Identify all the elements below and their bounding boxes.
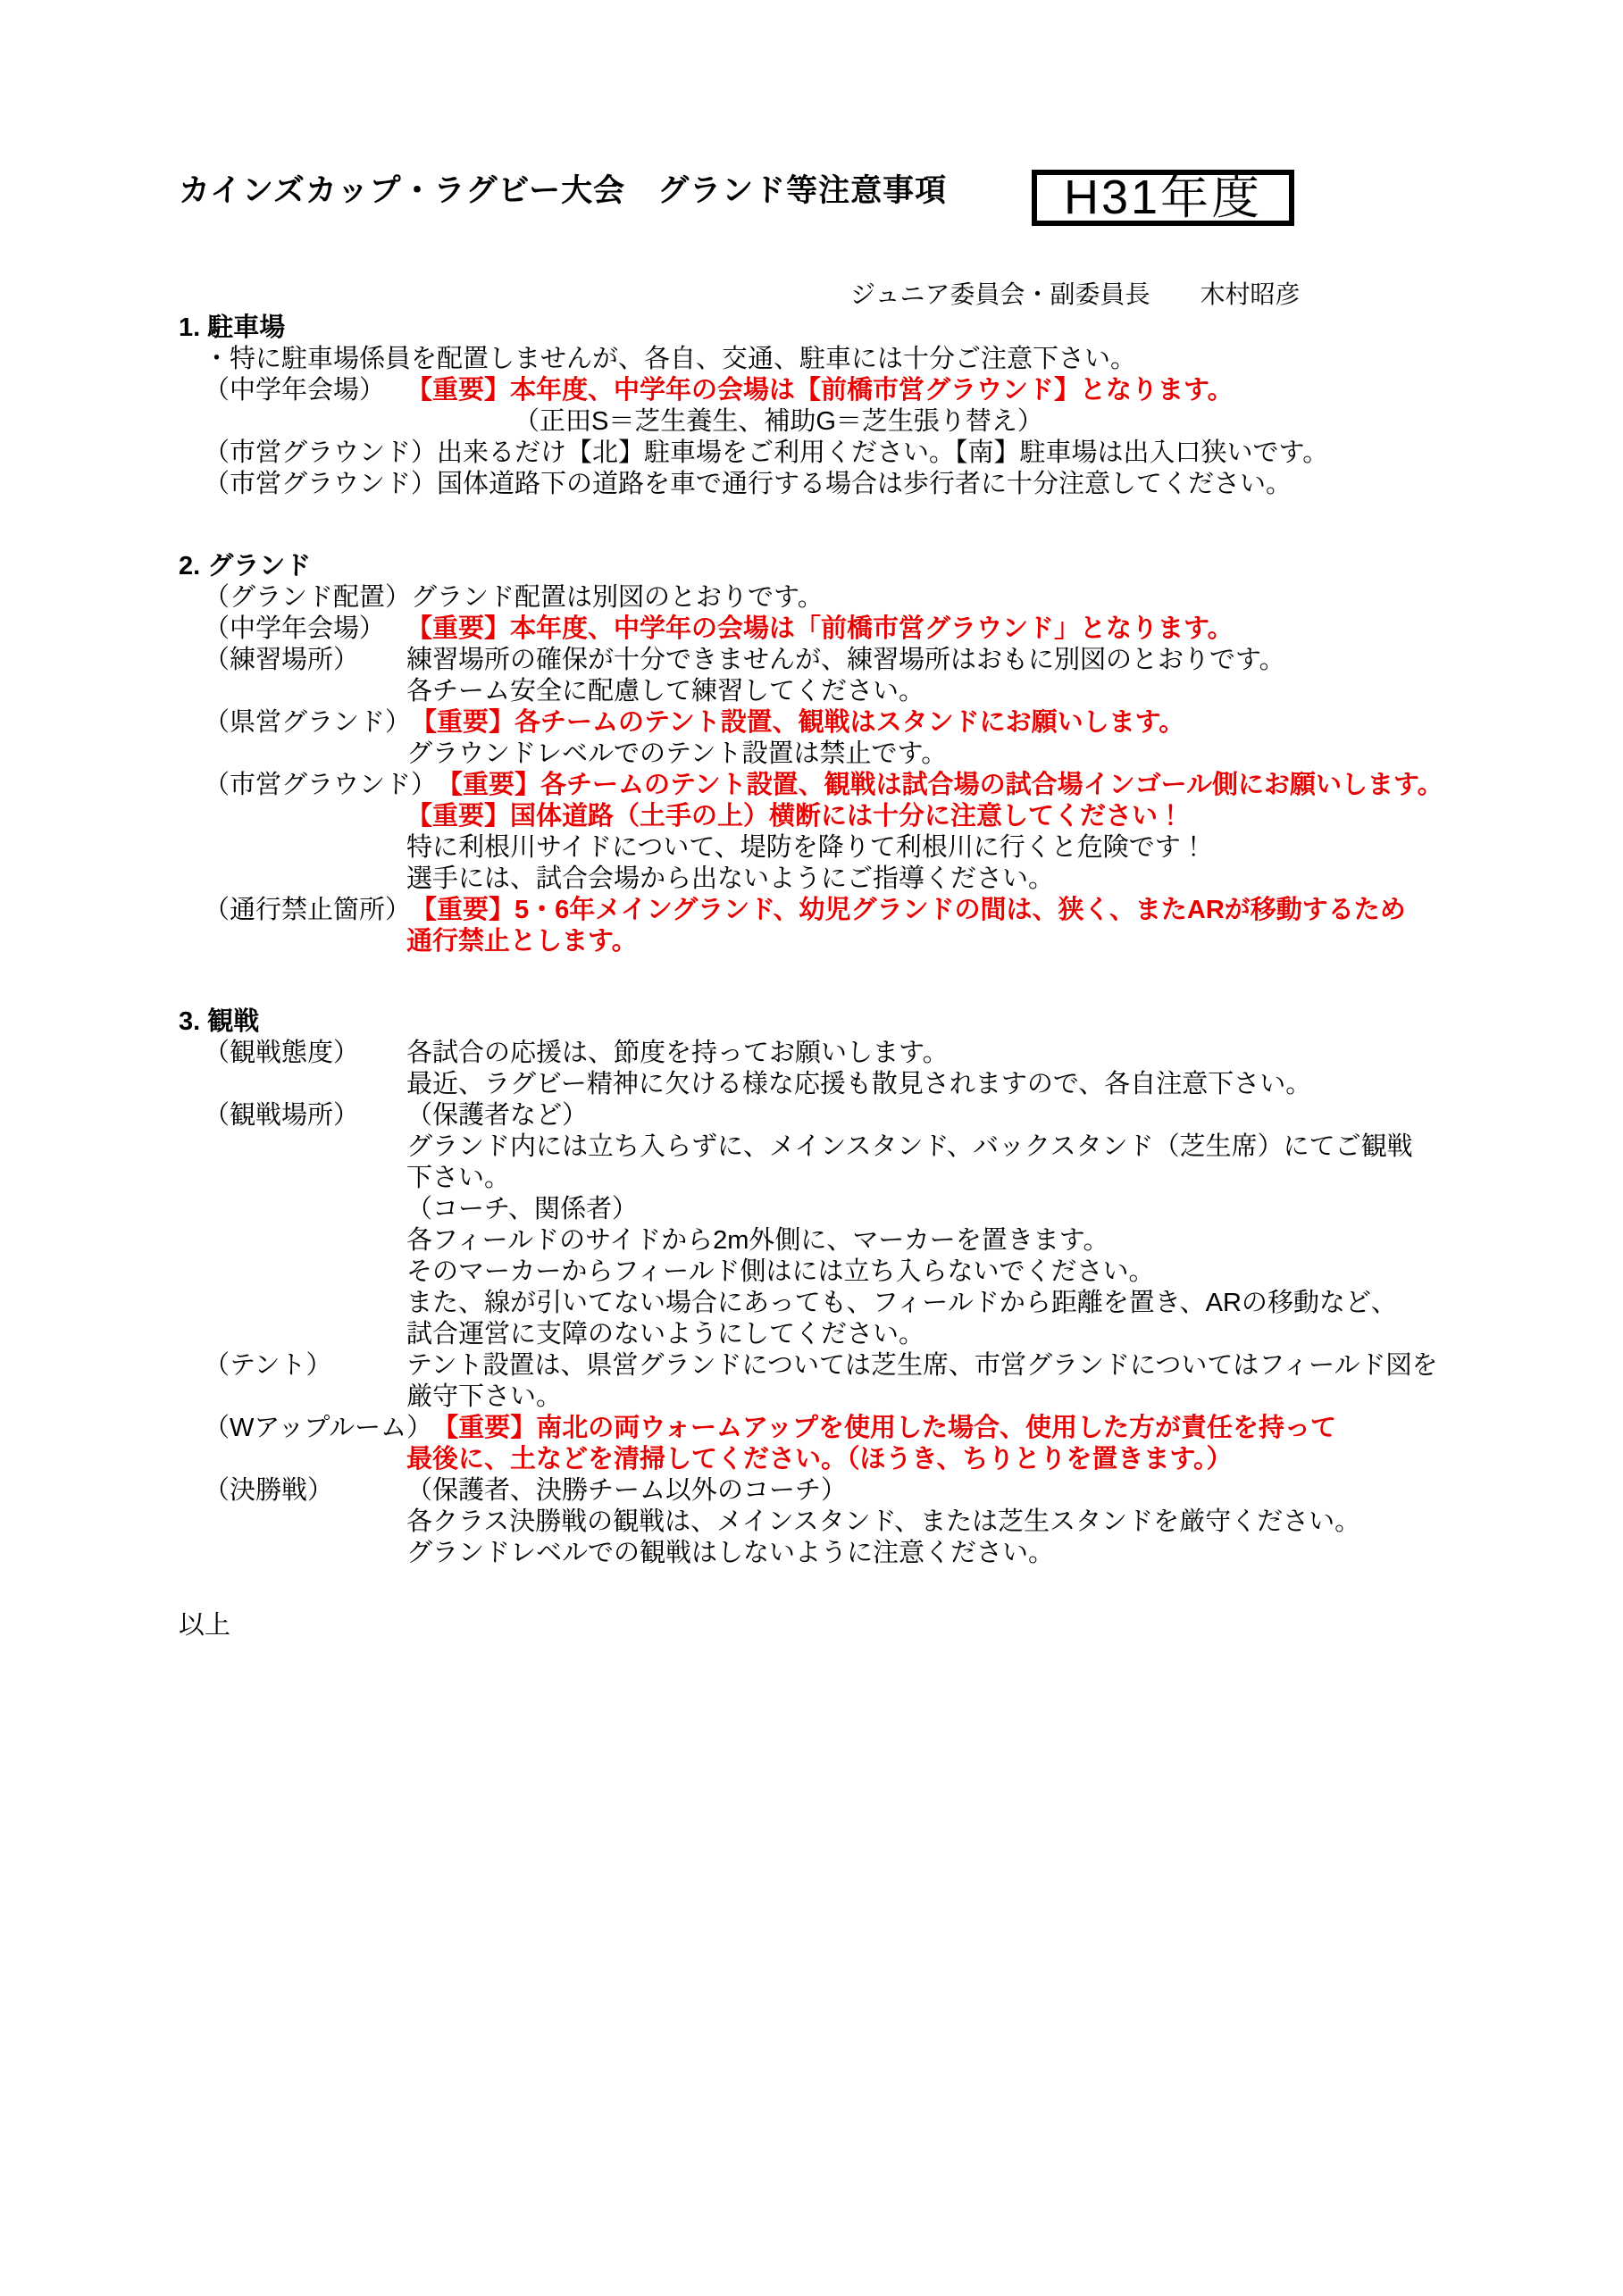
row: （Wアップルーム） 【重要】南北の両ウォームアップを使用した場合、使用した方が責…	[204, 1413, 1572, 1444]
section-parking: 1. 駐車場 ・特に駐車場係員を配置しませんが、各自、交通、駐車には十分ご注意下…	[179, 313, 1572, 500]
row-label: （市営グラウンド）	[204, 438, 437, 469]
row-label	[204, 1507, 406, 1538]
row-label	[204, 1382, 406, 1413]
row-label: （グランド配置）	[204, 582, 411, 614]
row-label: （市営グラウンド）	[204, 469, 437, 500]
row-text: 選手には、試合会場から出ないようにご指導ください。	[406, 864, 1054, 895]
row-label: （中学年会場）	[204, 614, 406, 645]
row-text: 出来るだけ【北】駐車場をご利用ください。【南】駐車場は出入口狭いです。	[437, 438, 1328, 469]
row-text: 厳守下さい。	[406, 1382, 562, 1413]
row-label	[204, 926, 406, 957]
row: （県営グランド） 【重要】各チームのテント設置、観戦はスタンドにお願いします。	[204, 707, 1572, 739]
row-label	[204, 832, 406, 864]
row: 選手には、試合会場から出ないようにご指導ください。	[204, 864, 1572, 895]
row-label: （市営グラウンド）	[204, 770, 437, 801]
row: そのマーカーからフィールド側はには立ち入らないでください。	[204, 1257, 1572, 1288]
row-label: （決勝戦）	[204, 1475, 406, 1507]
document-body: 1. 駐車場 ・特に駐車場係員を配置しませんが、各自、交通、駐車には十分ご注意下…	[179, 313, 1572, 1641]
row-text: ・特に駐車場係員を配置しませんが、各自、交通、駐車には十分ご注意下さい。	[204, 344, 1136, 375]
row: （決勝戦） （保護者、決勝チーム以外のコーチ）	[204, 1475, 1572, 1507]
row-label: （テント）	[204, 1350, 406, 1382]
row: 最後に、土などを清掃してください。（ほうき、ちりとりを置きます。）	[204, 1444, 1572, 1475]
row-text: （保護者、決勝チーム以外のコーチ）	[406, 1475, 847, 1507]
row-text: 国体道路下の道路を車で通行する場合は歩行者に十分注意してください。	[437, 469, 1292, 500]
row-text: （正田S＝芝生養生、補助G＝芝生張り替え）	[406, 406, 1043, 438]
row: 特に利根川サイドについて、堤防を降りて利根川に行くと危険です！	[204, 832, 1572, 864]
row: 通行禁止とします。	[204, 926, 1572, 957]
closing-text: 以上	[179, 1610, 1572, 1641]
row: （練習場所） 練習場所の確保が十分できませんが、練習場所はおもに別図のとおりです…	[204, 645, 1572, 676]
row-text: グラウンドレベルでのテント設置は禁止です。	[406, 739, 947, 770]
row-label	[204, 1538, 406, 1569]
row-label	[204, 676, 406, 707]
row-label	[204, 1257, 406, 1288]
row: 各チーム安全に配慮して練習してください。	[204, 676, 1572, 707]
row-label	[204, 406, 406, 438]
row-text: 練習場所の確保が十分できませんが、練習場所はおもに別図のとおりです。	[406, 645, 1285, 676]
row: （コーチ、関係者）	[204, 1194, 1572, 1225]
row: （観戦場所） （保護者など）	[204, 1100, 1572, 1131]
row-text: テント設置は、県営グランドについては芝生席、市営グランドについてはフィールド図を	[406, 1350, 1438, 1382]
row-text: 特に利根川サイドについて、堤防を降りて利根川に行くと危険です！	[406, 832, 1207, 864]
row: 厳守下さい。	[204, 1382, 1572, 1413]
row-label	[204, 1288, 406, 1319]
section-rows: （観戦態度） 各試合の応援は、節度を持ってお願いします。 最近、ラグビー精神に欠…	[204, 1038, 1572, 1569]
section-rows: ・特に駐車場係員を配置しませんが、各自、交通、駐車には十分ご注意下さい。 （中学…	[204, 344, 1572, 500]
row-text: 試合運営に支障のないようにしてください。	[406, 1319, 924, 1350]
row-text-important: 【重要】本年度、中学年の会場は【前橋市営グラウンド】となります。	[406, 375, 1234, 406]
byline: ジュニア委員会・副委員長 木村昭彦	[850, 279, 1300, 310]
section-heading: 2. グランド	[179, 551, 1572, 582]
row-label: （中学年会場）	[204, 375, 406, 406]
row-text: （コーチ、関係者）	[406, 1194, 638, 1225]
section-heading: 1. 駐車場	[179, 313, 1572, 344]
row: （市営グラウンド） 【重要】各チームのテント設置、観戦は試合場の試合場インゴール…	[204, 770, 1572, 801]
row-label	[204, 1444, 406, 1475]
row-text: そのマーカーからフィールド側はには立ち入らないでください。	[406, 1257, 1155, 1288]
row-text: 最近、ラグビー精神に欠ける様な応援も散見されますので、各自注意下さい。	[406, 1069, 1311, 1100]
row-label	[204, 1194, 406, 1225]
row-text-important: 【重要】各チームのテント設置、観戦は試合場の試合場インゴール側にお願いします。	[437, 770, 1443, 801]
row-text-important: 【重要】5・6年メイングランド、幼児グランドの間は、狭く、またARが移動するため	[411, 895, 1406, 926]
section-heading: 3. 観戦	[179, 1006, 1572, 1038]
row: 下さい。	[204, 1163, 1572, 1194]
row: （市営グラウンド） 国体道路下の道路を車で通行する場合は歩行者に十分注意してくだ…	[204, 469, 1572, 500]
year-badge: H31年度	[1032, 170, 1294, 226]
row: 各フィールドのサイドから2m外側に、マーカーを置きます。	[204, 1225, 1572, 1257]
row-text: 各試合の応援は、節度を持ってお願いします。	[406, 1038, 949, 1069]
row-label: （Wアップルーム）	[204, 1413, 432, 1444]
row-text: 各フィールドのサイドから2m外側に、マーカーを置きます。	[406, 1225, 1108, 1257]
row: また、線が引いてない場合にあっても、フィールドから距離を置き、ARの移動など、	[204, 1288, 1572, 1319]
row: ・特に駐車場係員を配置しませんが、各自、交通、駐車には十分ご注意下さい。	[204, 344, 1572, 375]
row-label: （観戦態度）	[204, 1038, 406, 1069]
row-label	[204, 1131, 406, 1163]
row: 試合運営に支障のないようにしてください。	[204, 1319, 1572, 1350]
row: 各クラス決勝戦の観戦は、メインスタンド、または芝生スタンドを厳守ください。	[204, 1507, 1572, 1538]
row-label	[204, 801, 406, 832]
row: グランドレベルでの観戦はしないように注意ください。	[204, 1538, 1572, 1569]
section-spectating: 3. 観戦 （観戦態度） 各試合の応援は、節度を持ってお願いします。 最近、ラグ…	[179, 1006, 1572, 1569]
row-text: グランド配置は別図のとおりです。	[411, 582, 824, 614]
row-label: （観戦場所）	[204, 1100, 406, 1131]
row-text: 各チーム安全に配慮して練習してください。	[406, 676, 924, 707]
row: 【重要】国体道路（土手の上）横断には十分に注意してください！	[204, 801, 1572, 832]
row: グラウンドレベルでのテント設置は禁止です。	[204, 739, 1572, 770]
page-title: カインズカップ・ラグビー大会 グランド等注意事項	[179, 175, 947, 206]
row: （中学年会場） 【重要】本年度、中学年の会場は「前橋市営グラウンド」となります。	[204, 614, 1572, 645]
row: 最近、ラグビー精神に欠ける様な応援も散見されますので、各自注意下さい。	[204, 1069, 1572, 1100]
row-text-important: 【重要】各チームのテント設置、観戦はスタンドにお願いします。	[411, 707, 1184, 739]
row-text: グランドレベルでの観戦はしないように注意ください。	[406, 1538, 1054, 1569]
row-text-important: 最後に、土などを清掃してください。（ほうき、ちりとりを置きます。）	[406, 1444, 1233, 1475]
row: （観戦態度） 各試合の応援は、節度を持ってお願いします。	[204, 1038, 1572, 1069]
row: （通行禁止箇所） 【重要】5・6年メイングランド、幼児グランドの間は、狭く、また…	[204, 895, 1572, 926]
row-label: （通行禁止箇所）	[204, 895, 411, 926]
row-label	[204, 864, 406, 895]
row-text: 各クラス決勝戦の観戦は、メインスタンド、または芝生スタンドを厳守ください。	[406, 1507, 1360, 1538]
row-text: 下さい。	[406, 1163, 510, 1194]
row: グランド内には立ち入らずに、メインスタンド、バックスタンド（芝生席）にてご観戦	[204, 1131, 1572, 1163]
row-label	[204, 1225, 406, 1257]
row-label: （練習場所）	[204, 645, 406, 676]
section-ground: 2. グランド （グランド配置） グランド配置は別図のとおりです。 （中学年会場…	[179, 551, 1572, 957]
row-text-important: 【重要】本年度、中学年の会場は「前橋市営グラウンド」となります。	[406, 614, 1234, 645]
row: （市営グラウンド） 出来るだけ【北】駐車場をご利用ください。【南】駐車場は出入口…	[204, 438, 1572, 469]
row: （中学年会場） 【重要】本年度、中学年の会場は【前橋市営グラウンド】となります。	[204, 375, 1572, 406]
document-page: カインズカップ・ラグビー大会 グランド等注意事項 H31年度 ジュニア委員会・副…	[0, 0, 1623, 2296]
row-text-important: 【重要】南北の両ウォームアップを使用した場合、使用した方が責任を持って	[432, 1413, 1336, 1444]
row: （正田S＝芝生養生、補助G＝芝生張り替え）	[204, 406, 1572, 438]
row-label	[204, 1163, 406, 1194]
row-label	[204, 739, 406, 770]
row-text: （保護者など）	[406, 1100, 588, 1131]
row-label: （県営グランド）	[204, 707, 411, 739]
row-text-important: 【重要】国体道路（土手の上）横断には十分に注意してください！	[406, 801, 1184, 832]
row-text: また、線が引いてない場合にあっても、フィールドから距離を置き、ARの移動など、	[406, 1288, 1397, 1319]
row: （テント） テント設置は、県営グランドについては芝生席、市営グランドについてはフ…	[204, 1350, 1572, 1382]
row: （グランド配置） グランド配置は別図のとおりです。	[204, 582, 1572, 614]
section-rows: （グランド配置） グランド配置は別図のとおりです。 （中学年会場） 【重要】本年…	[204, 582, 1572, 957]
row-text: グランド内には立ち入らずに、メインスタンド、バックスタンド（芝生席）にてご観戦	[406, 1131, 1413, 1163]
row-text-important: 通行禁止とします。	[406, 926, 638, 957]
row-label	[204, 1069, 406, 1100]
row-label	[204, 1319, 406, 1350]
